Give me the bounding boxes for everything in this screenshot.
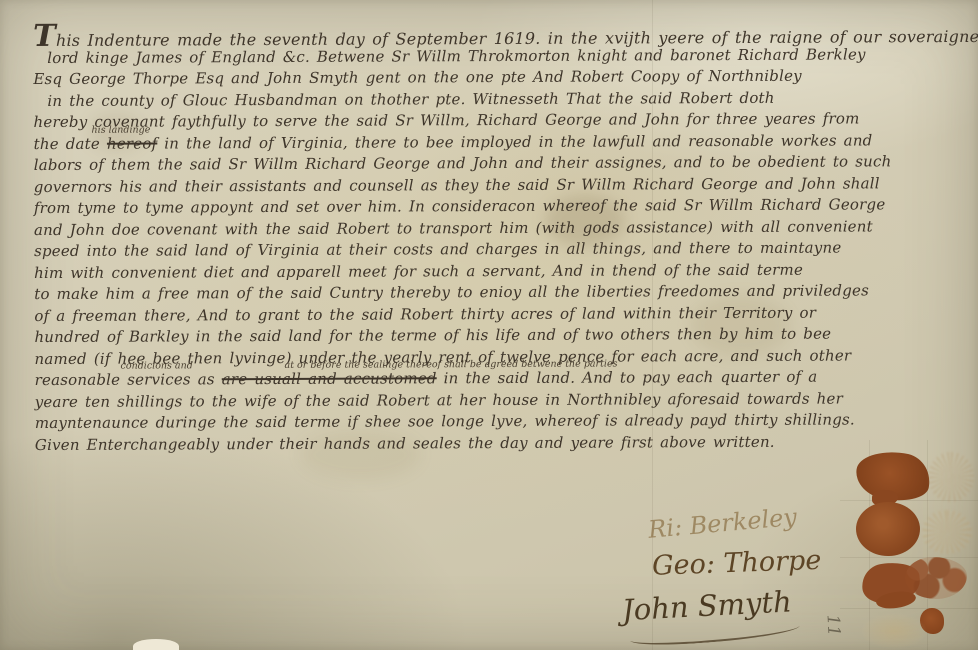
line-text: reasonable (35, 371, 128, 389)
struck-text: hereof (107, 134, 157, 152)
line-text: the date (34, 134, 107, 152)
line-text: in the said land. And to pay each quarte… (437, 368, 818, 388)
manuscript-line: Given Enterchangeably under their hands … (35, 430, 965, 456)
interlined-insertion: his landinge (91, 125, 150, 135)
fold-crease (840, 557, 978, 558)
fold-crease (840, 608, 978, 609)
seal-impression-ghost-3 (862, 614, 926, 648)
interlined-insertion: condicions and (121, 361, 193, 371)
interlined-insertion: at or before the sealinge thereof shall … (285, 359, 618, 370)
seal-impression-ghost-2 (922, 510, 972, 554)
manuscript-text-block: This Indenture made the seventh day of S… (33, 22, 965, 456)
struck-text: are usuall and accustomed (222, 369, 437, 388)
line-text: in the land of Virginia, there to bee im… (157, 131, 872, 152)
signature-george-thorpe: Geo: Thorpe (652, 545, 813, 582)
line-text: services as (127, 370, 222, 388)
manuscript-photo: This Indenture made the seventh day of S… (0, 0, 978, 650)
wax-seal-remnant-2 (856, 502, 920, 556)
archival-number-mark: 11 (808, 614, 843, 636)
parchment-edge-chip (133, 639, 179, 650)
seal-impression-ghost-1 (928, 452, 974, 502)
